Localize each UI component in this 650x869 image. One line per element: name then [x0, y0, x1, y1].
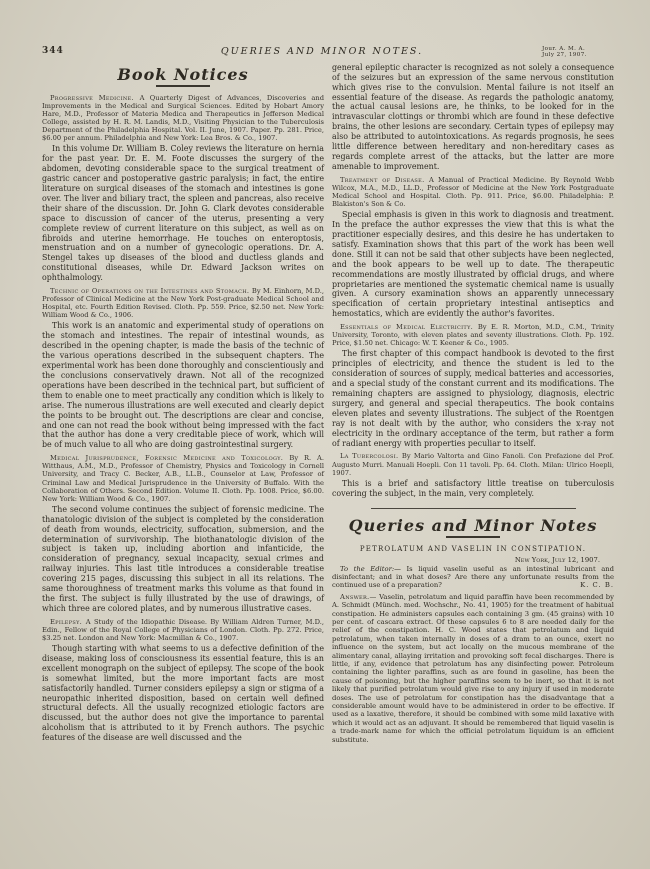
queries-heading-rule [446, 536, 500, 538]
citation-title: Technic of Operations on the Intestines … [50, 287, 252, 295]
letter-salutation: To the Editor:— [340, 565, 401, 573]
book-notices-heading: Book Notices [42, 65, 324, 84]
book-citation: Treatment of Disease. A Manual of Practi… [332, 176, 614, 208]
citation-title: Epilepsy. [50, 618, 86, 626]
book-citation: Progressive Medicine. A Quarterly Digest… [42, 94, 324, 143]
section-divider-rule [371, 508, 576, 509]
review-paragraph: general epileptic character is recognize… [332, 63, 614, 172]
page-number: 344 [42, 46, 102, 56]
journal-page: 344 QUERIES AND MINOR NOTES. Jour. A. M.… [0, 0, 650, 869]
citation-title: La Tubercolosi. [340, 452, 402, 460]
query-dateline: New York, July 12, 1907. [332, 556, 614, 564]
answer-text: Vaselin, petrolatum and liquid paraffin … [332, 593, 614, 744]
book-citation: Medical Jurisprudence, Forensic Medicine… [42, 454, 324, 503]
review-paragraph: Though starting with what seems to us a … [42, 644, 324, 743]
query-answer: Answer.— Vaselin, petrolatum and liquid … [332, 593, 614, 744]
review-paragraph: This is a brief and satisfactory little … [332, 479, 614, 499]
review-paragraph: Special emphasis is given in this work t… [332, 210, 614, 319]
citation-title: Essentials of Medical Electricity. [340, 323, 478, 331]
issue-date: July 27, 1907. [542, 52, 614, 58]
letter-signature: K. C. B. [572, 581, 614, 589]
review-paragraph: The second volume continues the subject … [42, 505, 324, 614]
two-column-layout: Book Notices Progressive Medicine. A Qua… [42, 63, 614, 746]
review-paragraph: In this volume Dr. William B. Coley revi… [42, 144, 324, 283]
left-column: Book Notices Progressive Medicine. A Qua… [42, 63, 324, 746]
review-paragraph: This work is an anatomic and experimenta… [42, 321, 324, 450]
query-subheading: PETROLATUM AND VASELIN IN CONSTIPATION. [332, 545, 614, 553]
query-letter: To the Editor:— Is liquid vaselin useful… [332, 565, 614, 590]
right-column: general epileptic character is recognize… [332, 63, 614, 746]
running-title: QUERIES AND MINOR NOTES. [102, 46, 542, 57]
book-citation: Epilepsy. A Study of the Idiopathic Dise… [42, 618, 324, 642]
queries-heading: Queries and Minor Notes [332, 516, 614, 535]
citation-title: Medical Jurisprudence, Forensic Medicine… [50, 454, 289, 462]
running-head: 344 QUERIES AND MINOR NOTES. Jour. A. M.… [42, 46, 614, 59]
citation-title: Progressive Medicine. [50, 94, 140, 102]
book-citation: Technic of Operations on the Intestines … [42, 287, 324, 319]
citation-title: Treatment of Disease. [340, 176, 429, 184]
journal-dateline: Jour. A. M. A. July 27, 1907. [542, 46, 614, 59]
review-paragraph: The first chapter of this compact handbo… [332, 349, 614, 448]
book-notices-continued: general epileptic character is recognize… [332, 63, 614, 499]
book-citation: La Tubercolosi. By Mario Valtorta and Gi… [332, 452, 614, 476]
answer-lead: Answer.— [340, 593, 377, 601]
heading-rule [156, 85, 210, 87]
book-notices-content: Progressive Medicine. A Quarterly Digest… [42, 94, 324, 743]
book-citation: Essentials of Medical Electricity. By E.… [332, 323, 614, 347]
